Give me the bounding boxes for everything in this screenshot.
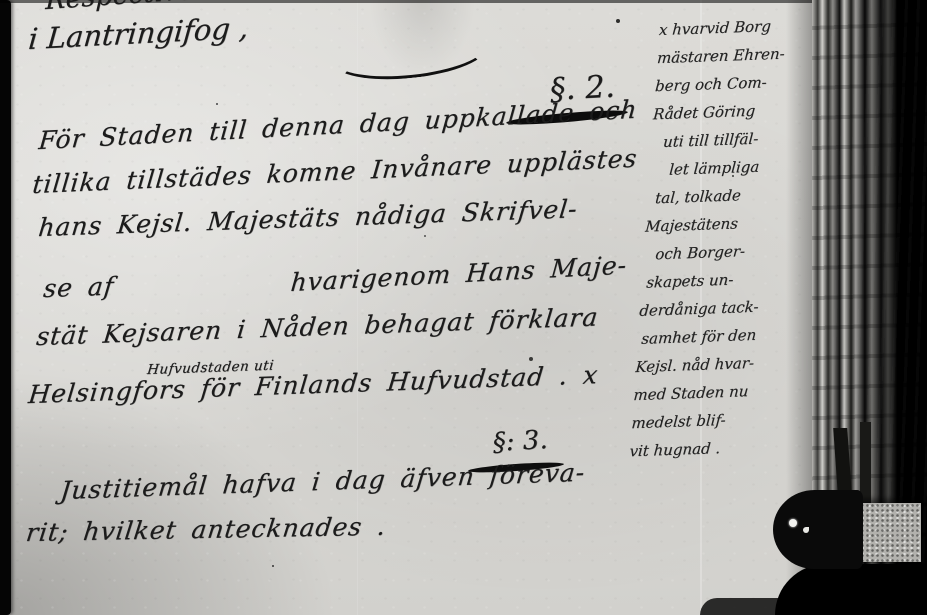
clasp-rivet	[803, 527, 809, 533]
scanned-manuscript-screenshot: Respective i Lantringifog , §. 2. För St…	[0, 0, 927, 615]
clasp-rivet	[789, 519, 797, 527]
handwritten-line-fragment: se af	[42, 272, 116, 304]
left-binding-edge	[0, 0, 11, 615]
bottom-corner-shadow	[700, 598, 927, 615]
dust-specks	[272, 565, 274, 567]
book-clasp	[773, 490, 863, 569]
section-3-heading: §: 3.	[492, 425, 548, 458]
margin-line: vit hugnad .	[629, 432, 789, 466]
